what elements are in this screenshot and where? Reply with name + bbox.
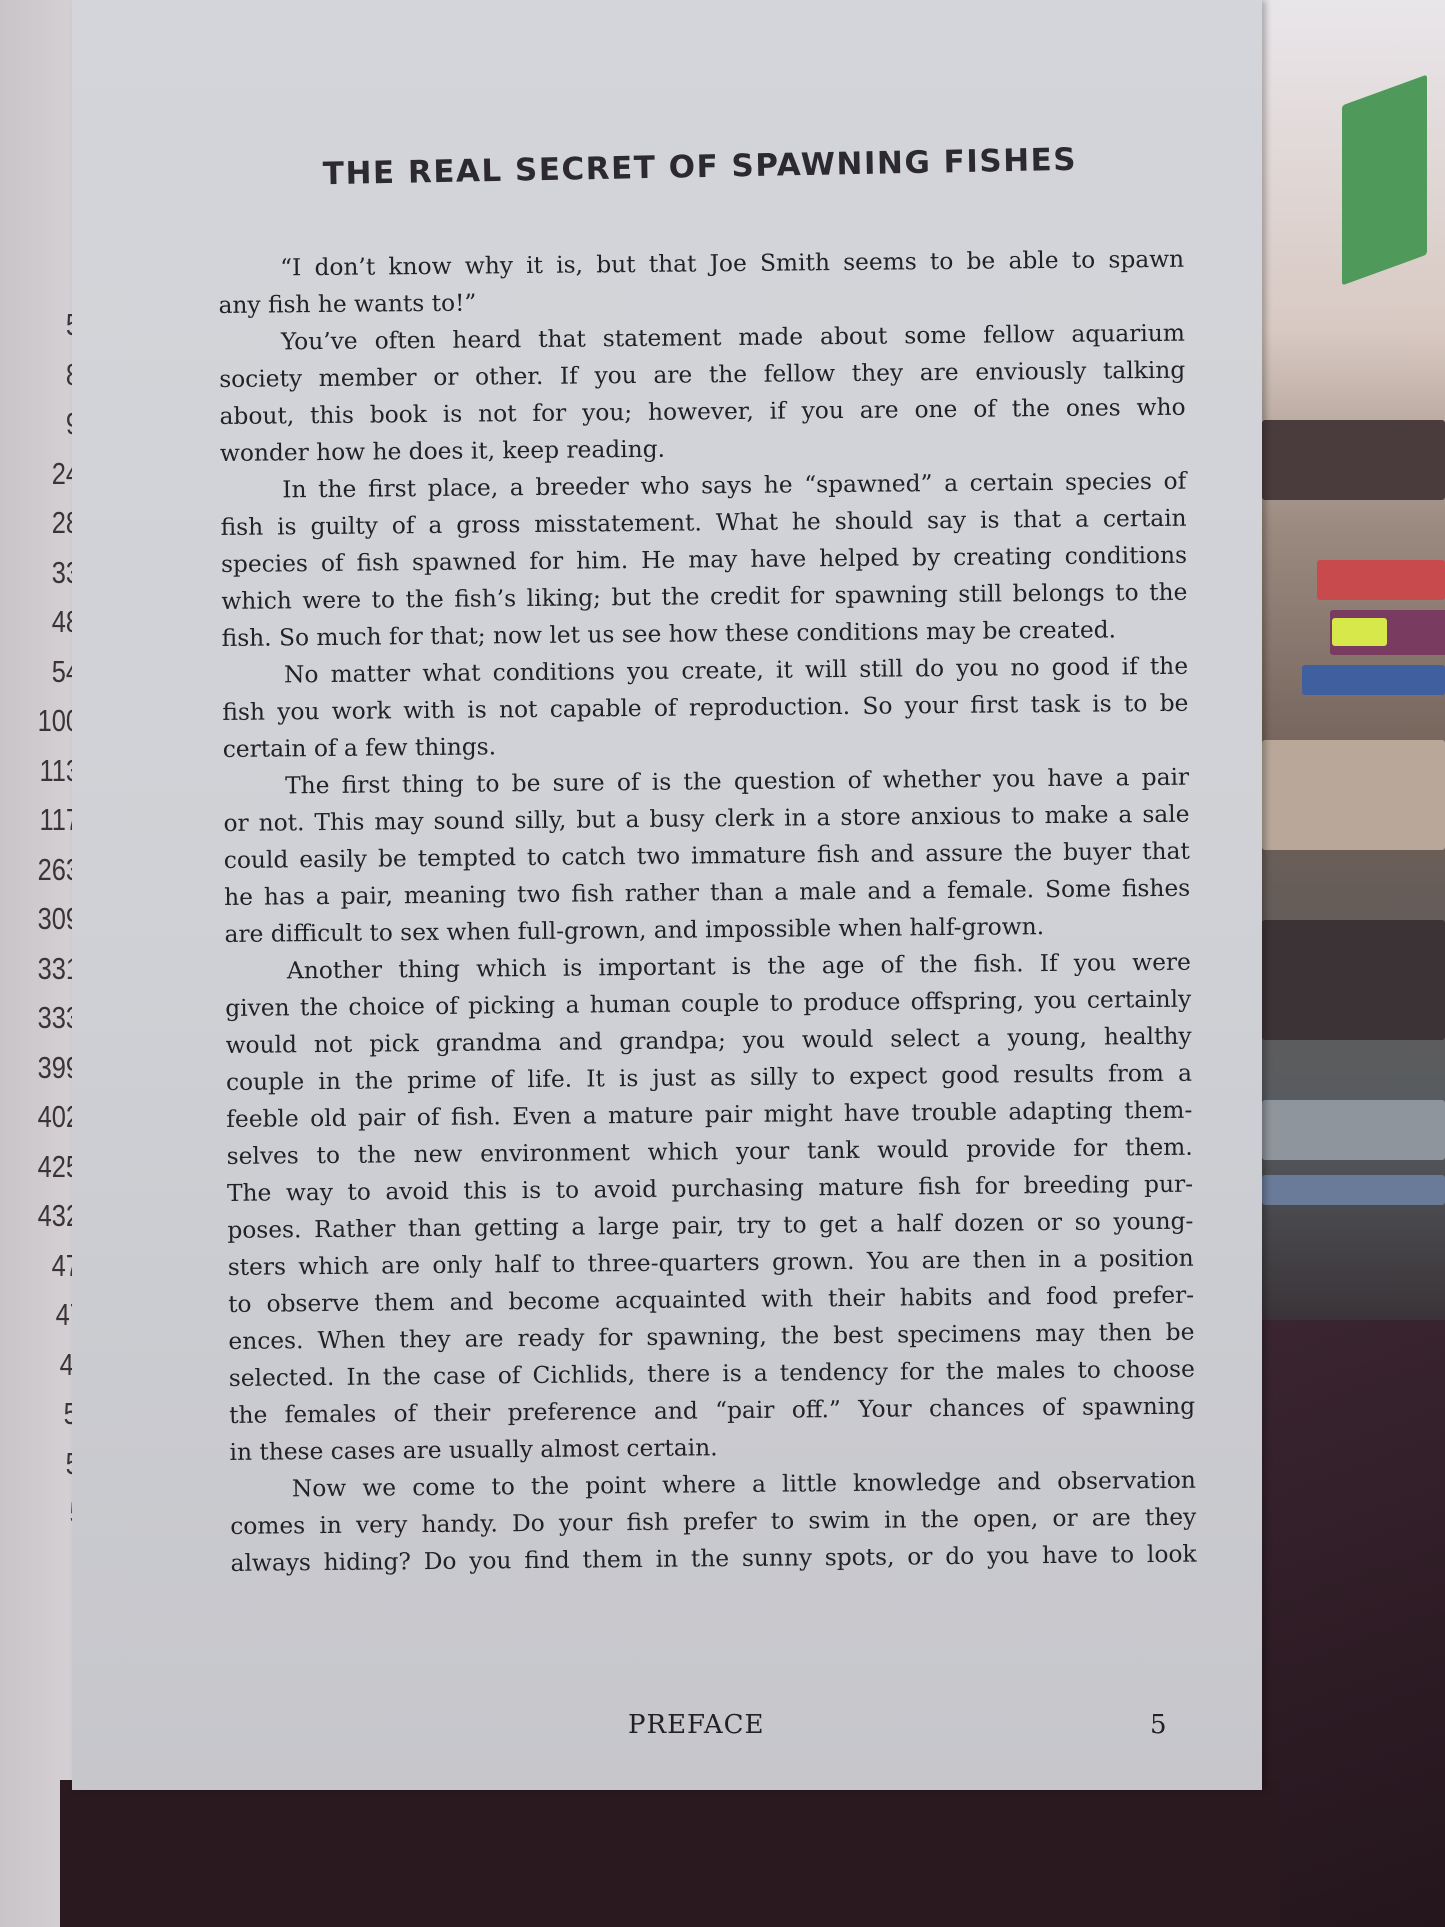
running-footer-section: PREFACE [628, 1710, 764, 1740]
toc-number: 309 [14, 894, 80, 944]
dark-book [1262, 920, 1445, 1040]
toc-number: 28 [14, 498, 80, 548]
blue-book [1302, 665, 1445, 695]
book-stack [1262, 420, 1445, 500]
toc-number: 402 [14, 1092, 80, 1142]
body-text: “I don’t know why it is, but that Joe Sm… [218, 241, 1197, 1582]
label-book [1262, 1175, 1445, 1205]
toc-number: 8 [14, 350, 80, 400]
toc-number: 48 [14, 597, 80, 647]
toc-number: 54 [14, 647, 80, 697]
toc-number: 331 [14, 944, 80, 994]
grey-book [1262, 1100, 1445, 1160]
toc-number: 5 [14, 300, 80, 350]
toc-number: 432 [14, 1191, 80, 1241]
green-book [1342, 75, 1427, 286]
under-page-shadow [60, 1780, 1280, 1927]
red-book [1317, 560, 1445, 600]
paper-stack [1262, 740, 1445, 850]
toc-number: 399 [14, 1043, 80, 1093]
toc-number: 263 [14, 845, 80, 895]
table-surface [1262, 1320, 1445, 1927]
toc-number: 33 [14, 548, 80, 598]
yellow-label [1332, 618, 1387, 646]
toc-number: 425 [14, 1142, 80, 1192]
toc-number: 333 [14, 993, 80, 1043]
toc-number: 24 [14, 449, 80, 499]
toc-number: 113 [14, 746, 80, 796]
toc-number: 100 [14, 696, 80, 746]
toc-number: 9 [14, 399, 80, 449]
page-number: 5 [1150, 1710, 1167, 1740]
toc-number: 117 [14, 795, 80, 845]
background-bookshelf [1262, 0, 1445, 1320]
page-number-column: 5 8 9 24 28 33 48 54 100 113 117 263 309… [0, 300, 80, 1538]
